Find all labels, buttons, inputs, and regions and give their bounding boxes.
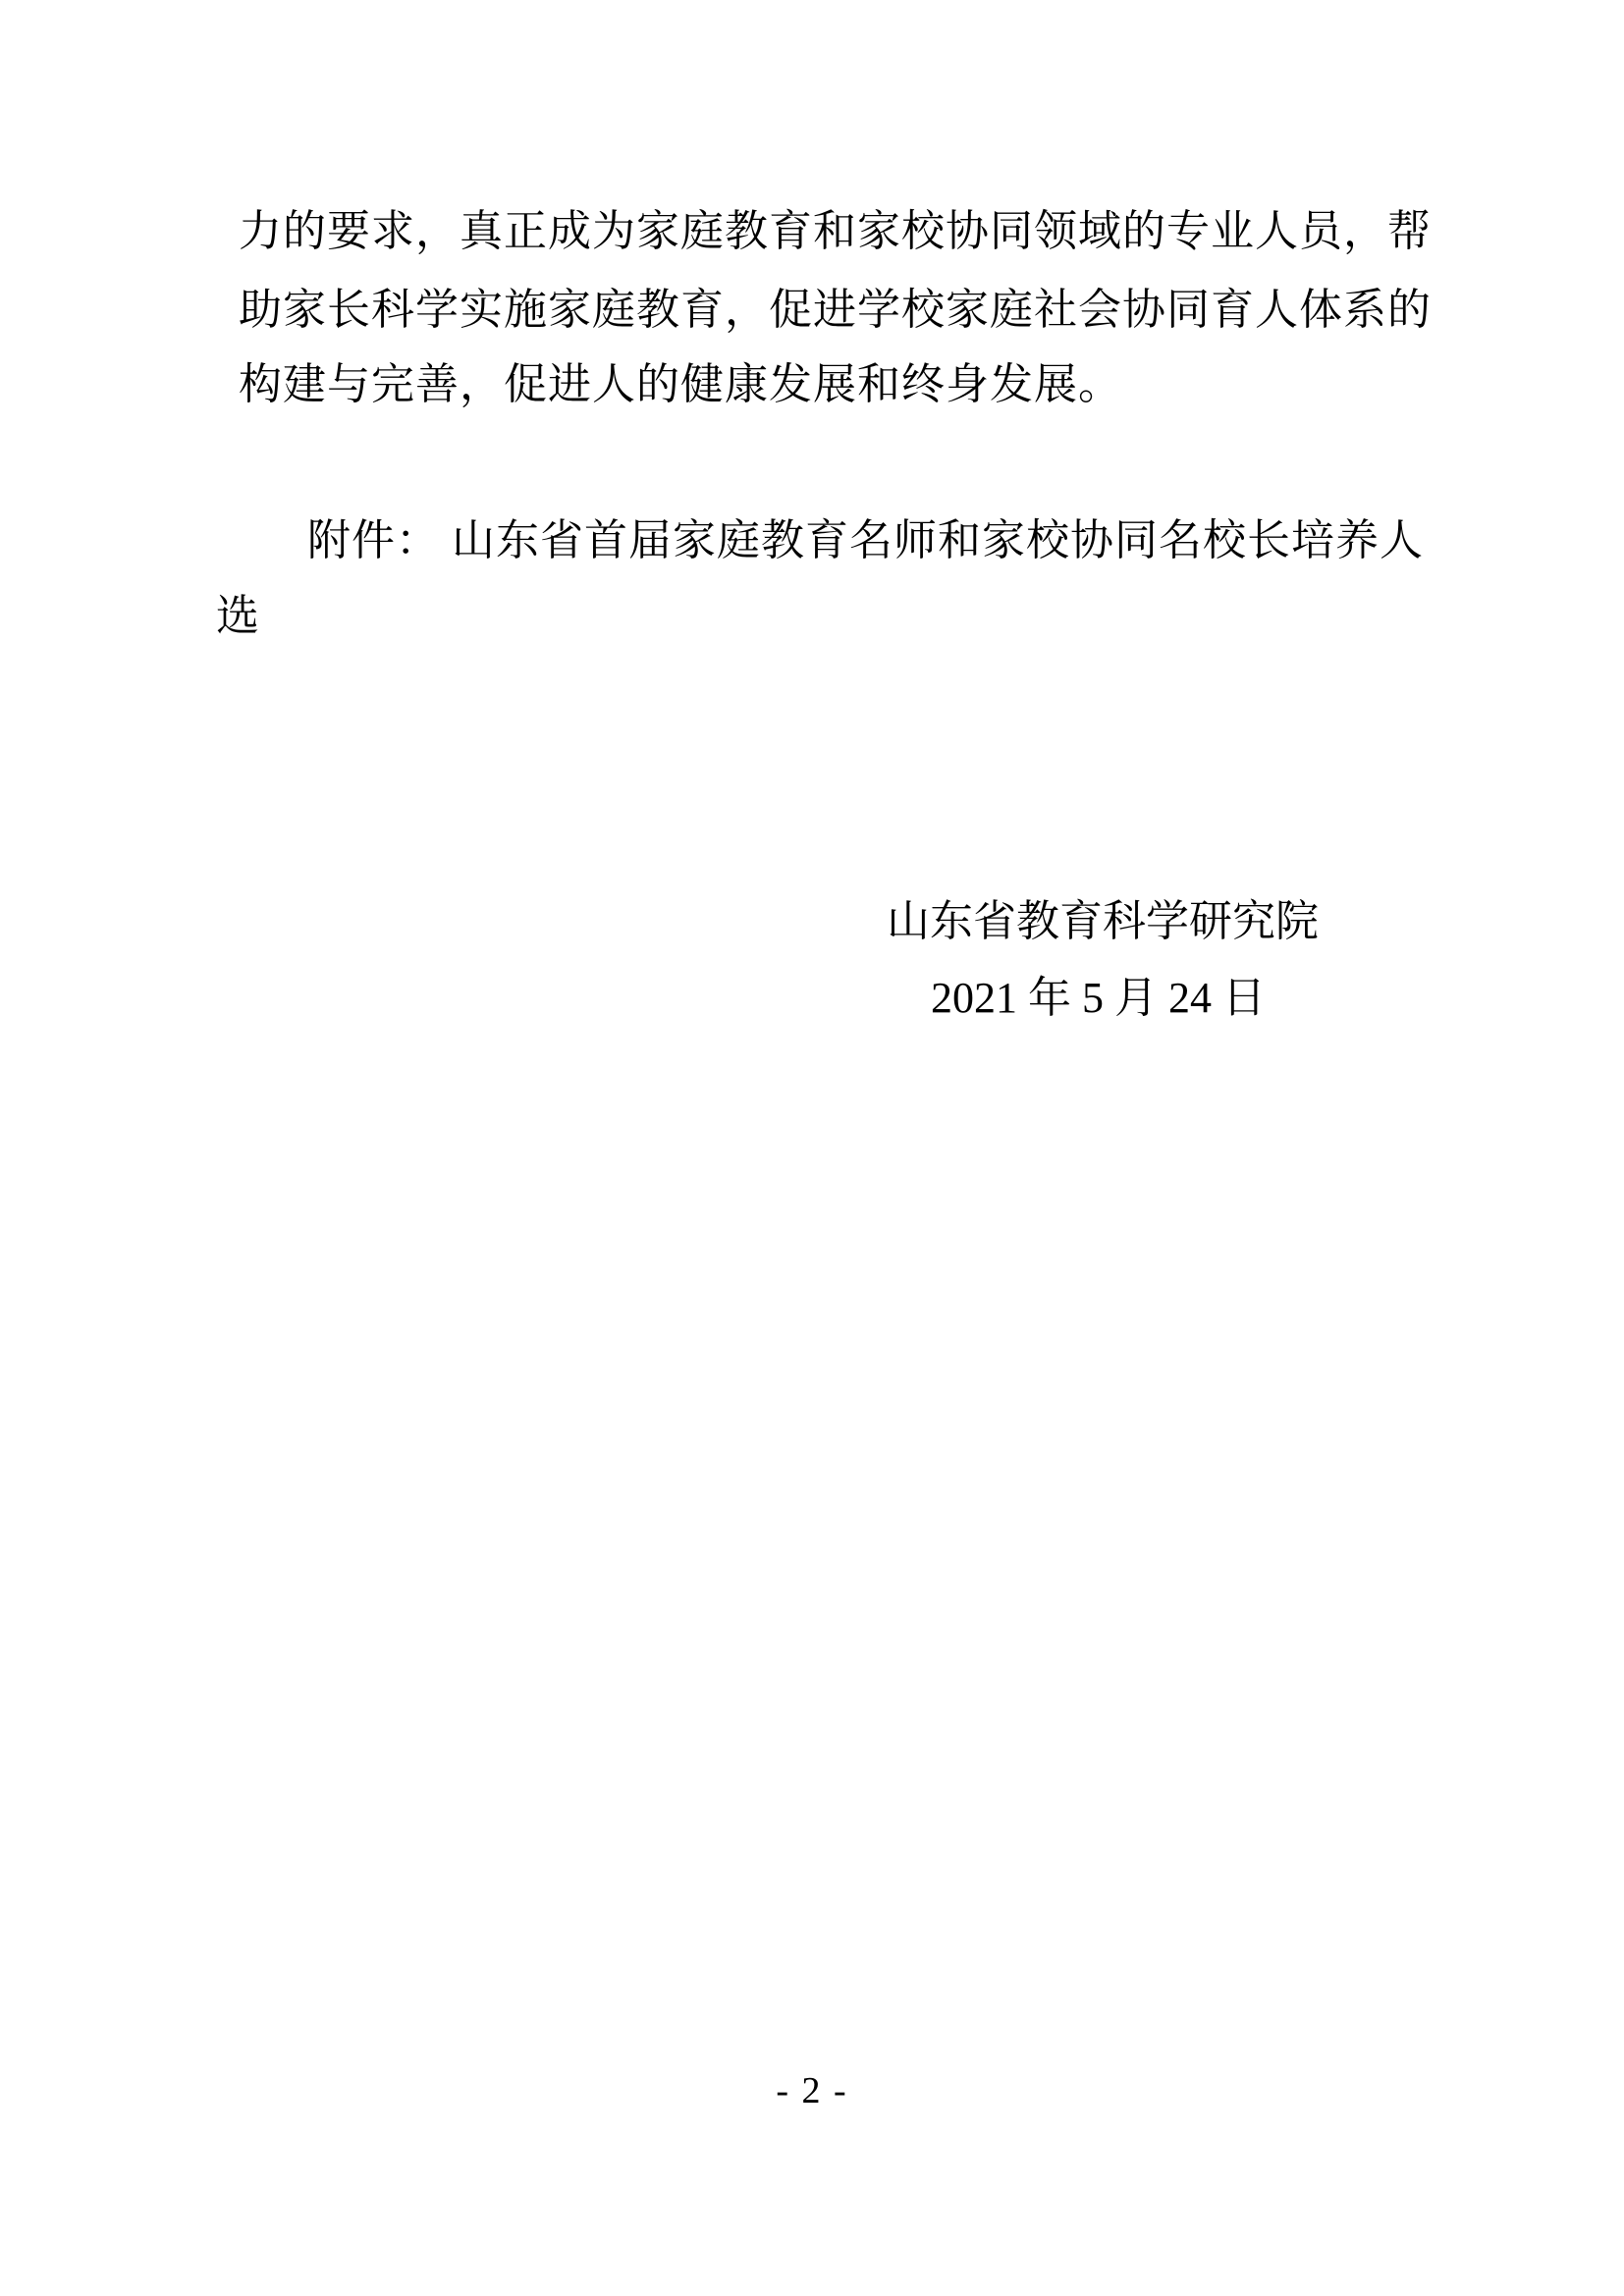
- attachment-reference-line-1: 附件： 山东省首届家庭教育名师和家校协同名校长培养人: [307, 517, 1424, 564]
- body-paragraph-line-1: 力的要求，真正成为家庭教育和家校协同领域的专业人员，帮: [239, 208, 1432, 255]
- body-paragraph-line-3: 构建与完善，促进人的健康发展和终身发展。: [239, 361, 1122, 408]
- page-number: - 2 -: [0, 2071, 1624, 2112]
- document-page: 力的要求，真正成为家庭教育和家校协同领域的专业人员，帮 助家长科学实施家庭教育，…: [0, 0, 1624, 2296]
- signature-date: 2021 年 5 月 24 日: [931, 975, 1266, 1022]
- body-paragraph-line-2: 助家长科学实施家庭教育，促进学校家庭社会协同育人体系的: [239, 287, 1432, 334]
- signature-organization: 山东省教育科学研究院: [887, 898, 1319, 945]
- attachment-reference-line-2: 选: [216, 593, 260, 640]
